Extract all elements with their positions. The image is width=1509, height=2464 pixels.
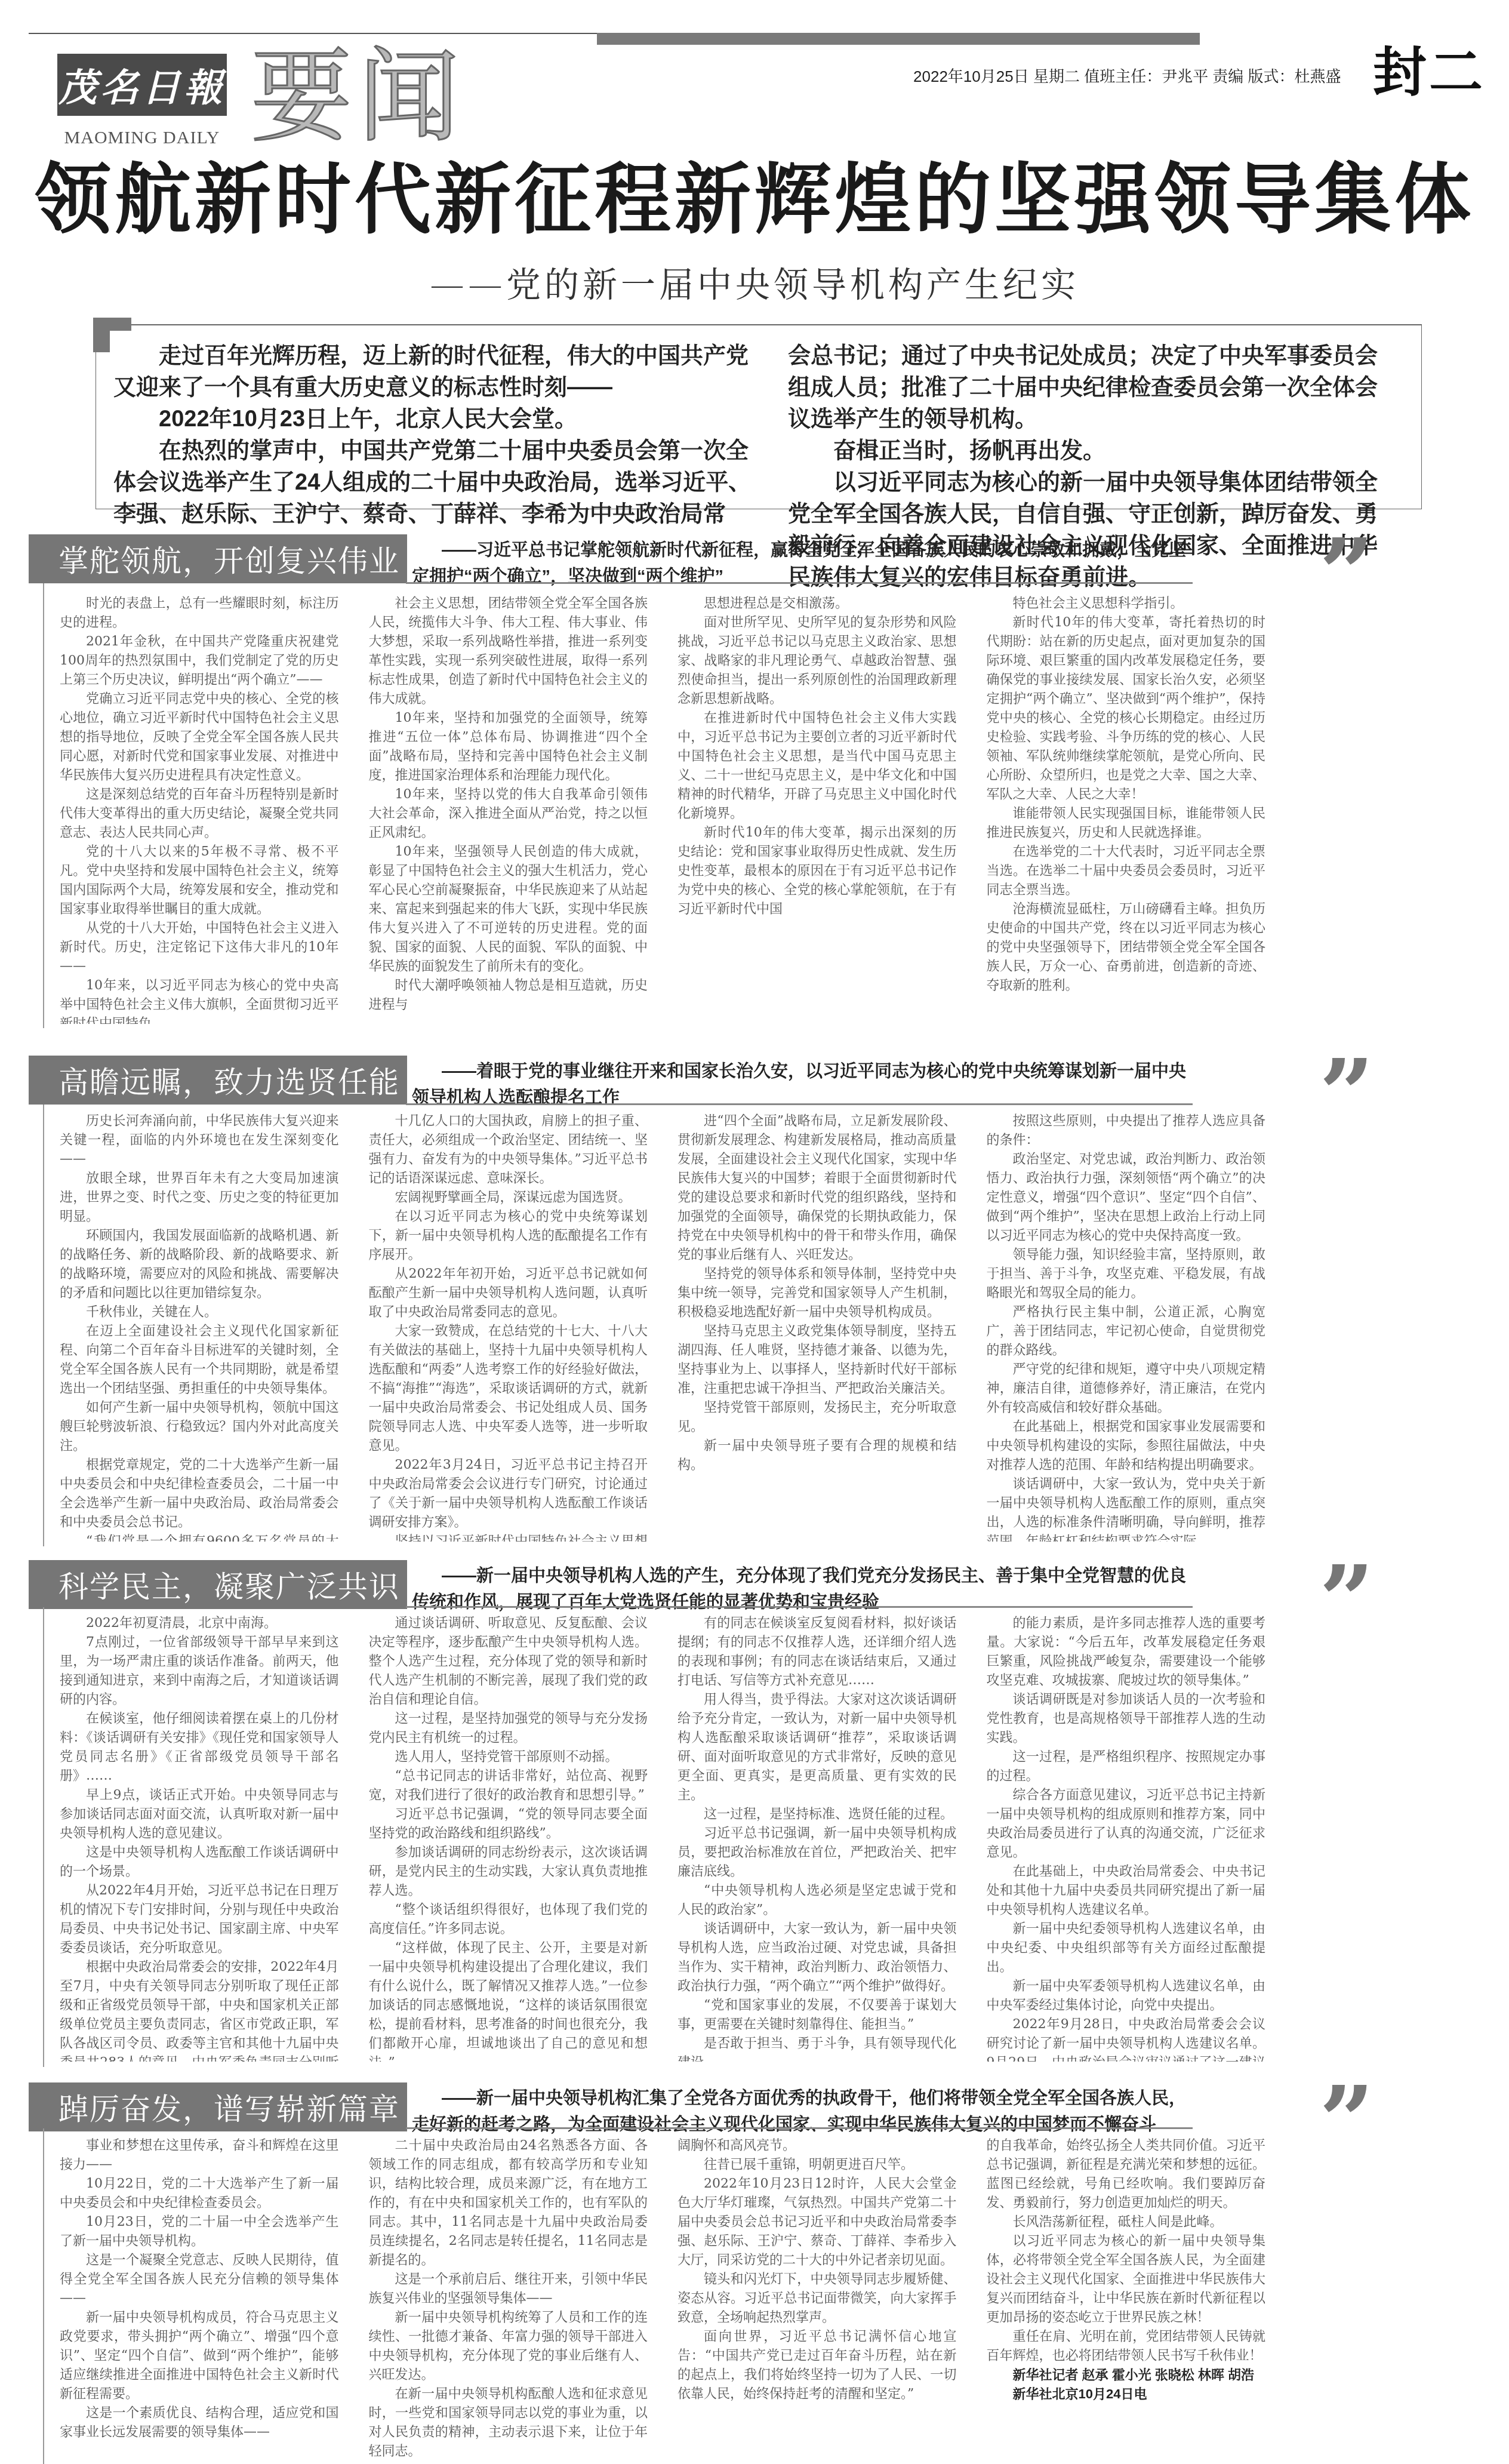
paragraph: 选人用人，坚持党管干部原则不动摇。 xyxy=(369,1748,648,1767)
paragraph: 7点刚过，一位省部级领导干部早早来到这里，为一场严肃庄重的谈话作准备。前两天，他… xyxy=(60,1633,339,1709)
paragraph: 社会主义思想，团结带领全党全军全国各族人民，统揽伟大斗争、伟大工程、伟大事业、伟… xyxy=(369,594,648,709)
paragraph: 在推进新时代中国特色社会主义伟大实践中，习近平总书记为主要创立者的习近平新时代中… xyxy=(677,709,957,823)
paragraph: 10年来，坚强领导人民创造的伟大成就，彰显了中国特色社会主义的强大生机活力，党心… xyxy=(369,842,648,976)
paragraph: 谈话调研中，大家一致认为，党中央关于新一届中央领导机构人选酝酿工作的原则，重点突… xyxy=(987,1475,1266,1542)
paragraph: 在候谈室，他仔细阅读着摆在桌上的几份材料：《谈话调研有关安排》《现任党和国家领导… xyxy=(60,1709,339,1786)
paragraph: 环顾国内，我国发展面临新的战略机遇、新的战略任务、新的战略阶段、新的战略要求、新… xyxy=(60,1226,339,1303)
paragraph: 2021年金秋，在中国共产党隆重庆祝建党100周年的热烈氛围中，我们党制定了党的… xyxy=(60,632,339,690)
column: 历史长河奔涌向前，中华民族伟大复兴迎来关键一程，面临的内外环境也在发生深刻变化—… xyxy=(60,1112,339,1542)
section-heading-1: 掌舵领航，开创复兴伟业 xyxy=(29,534,407,583)
paragraph: “党和国家事业的发展，不仅要善于谋划大事，更需要在关键时刻靠得住、能担当。” xyxy=(677,1996,957,2034)
paragraph: 长风浩荡新征程，砥柱人间是此峰。 xyxy=(987,2213,1266,2232)
paragraph: 坚持党的领导体系和领导体制，坚持党中央集中统一领导，完善党和国家领导人产生机制，… xyxy=(677,1265,957,1322)
paragraph: 10年来，坚持和加强党的全面领导，统筹推进“五位一体”总体布局、协调推进“四个全… xyxy=(369,709,648,785)
paragraph: 习近平总书记强调，“党的领导同志要全面坚持党的政治路线和组织路线”。 xyxy=(369,1805,648,1843)
paragraph: 从2022年年初开始，习近平总书记就如何酝酿产生新一届中央领导机构人选问题，认真… xyxy=(369,1265,648,1322)
paragraph: 大家一致赞成，在总结党的十七大、十八大有关做法的基础上，坚持十九届中央领导机构人… xyxy=(369,1322,648,1456)
paragraph: 在此基础上，中央政治局常委会、中央书记处和其他十九届中央委员共同研究提出了新一届… xyxy=(987,1862,1266,1919)
paragraph: 谈话调研中，大家一致认为，新一届中央领导机构人选，应当政治过硬、对党忠诚，具备担… xyxy=(677,1919,957,1996)
intro-paragraph: 会总书记；通过了中央书记处成员；决定了中央军事委员会组成人员；批准了二十届中央纪… xyxy=(788,340,1397,435)
paragraph: 用人得当，贵乎得法。大家对这次谈话调研给予充分肯定，一致认为，对新一届中央领导机… xyxy=(677,1690,957,1805)
column: 特色社会主义思想科学指引。 新时代10年的伟大变革，寄托着热切的时代期盼：站在新… xyxy=(987,594,1266,1024)
paragraph: 严格执行民主集中制，公道正派，心胸宽广，善于团结同志，牢记初心使命，自觉贯彻党的… xyxy=(987,1303,1266,1360)
issue-meta: 2022年10月25日 星期二 值班主任：尹兆平 责编 版式：杜燕盛 xyxy=(913,64,1341,87)
paragraph: 严守党的纪律和规矩，遵守中央八项规定精神，廉洁自律，道德修养好，清正廉洁，在党内… xyxy=(987,1360,1266,1417)
column: 2022年初夏清晨，北京中南海。 7点刚过，一位省部级领导干部早早来到这里，为一… xyxy=(60,1614,339,2062)
paragraph: 进“四个全面”战略布局，立足新发展阶段、贯彻新发展理念、构建新发展格局，推动高质… xyxy=(677,1112,957,1265)
column: 二十届中央政治局由24名熟悉各方面、各领域工作的同志组成，都有较高学历和专业知识… xyxy=(369,2136,648,2464)
paragraph: 特色社会主义思想科学指引。 xyxy=(987,594,1266,613)
paragraph: 通过谈话调研、听取意见、反复酝酿、会议决定等程序，逐步酝酿产生中央领导机构人选。… xyxy=(369,1614,648,1709)
section-body-2: 历史长河奔涌向前，中华民族伟大复兴迎来关键一程，面临的内外环境也在发生深刻变化—… xyxy=(60,1112,1265,1542)
byline-reporters: 新华社记者 赵承 霍小光 张晓松 林晖 胡浩 xyxy=(987,2365,1266,2385)
newspaper-logo-english: MAOMING DAILY xyxy=(57,128,227,148)
paragraph: 参加谈话调研的同志纷纷表示，这次谈话调研，是党内民主的生动实践，大家认真负责地推… xyxy=(369,1843,648,1900)
paragraph: 2022年10月23日12时许，人民大会堂金色大厅华灯璀璨，气氛热烈。中国共产党… xyxy=(677,2174,957,2270)
paragraph: 这是深刻总结党的百年奋斗历程特别是新时代伟大变革得出的重大历史结论，凝聚全党共同… xyxy=(60,785,339,842)
section-rule xyxy=(406,582,1193,584)
paragraph: 这一过程，是严格组织程序、按照规定办事的过程。 xyxy=(987,1748,1266,1786)
paragraph: “我们党是一个拥有9600多万名党员的大党，在 xyxy=(60,1532,339,1542)
paragraph: 十几亿人口的大国执政，肩膀上的担子重、责任大，必须组成一个政治坚定、团结统一、坚… xyxy=(369,1112,648,1188)
paragraph: 10年来，坚持以党的伟大自我革命引领伟大社会革命，深入推进全面从严治党，持之以恒… xyxy=(369,785,648,842)
paragraph: 10月23日，党的二十届一中全会选举产生了新一届中央领导机构。 xyxy=(60,2213,339,2251)
paragraph: 谁能带领人民实现强国目标，谁能带领人民推进民族复兴，历史和人民就选择谁。 xyxy=(987,804,1266,842)
paragraph: 沧海横流显砥柱，万山磅礴看主峰。担负历史使命的中国共产党，终在以习近平同志为核心… xyxy=(987,900,1266,995)
paragraph: 从党的十八大开始，中国特色社会主义进入新时代。历史，注定铭记下这伟大非凡的10年… xyxy=(60,919,339,976)
paragraph: 重任在肩、光明在前，党团结带领人民铸就百年辉煌，也必将团结带领人民书写千秋伟业！ xyxy=(987,2327,1266,2365)
paragraph: 面对世所罕见、史所罕见的复杂形势和风险挑战，习近平总书记以马克思主义政治家、思想… xyxy=(677,613,957,709)
section-rule xyxy=(406,1103,1193,1105)
column: 有的同志在候谈室反复阅看材料，拟好谈话提纲；有的同志不仅推荐人选，还详细介绍人选… xyxy=(677,1614,957,2062)
paragraph: 这是一个凝聚全党意志、反映人民期待，值得全党全军全国各族人民充分信赖的领导集体—… xyxy=(60,2251,339,2308)
paragraph: 有的同志在候谈室反复阅看材料，拟好谈话提纲；有的同志不仅推荐人选，还详细介绍人选… xyxy=(677,1614,957,1690)
paragraph: 的自我革命，始终弘扬全人类共同价值。习近平总书记强调，新征程是充满光荣和梦想的远… xyxy=(987,2136,1266,2213)
section-body-4: 事业和梦想在这里传承，奋斗和辉煌在这里接力—— 10月22日，党的二十大选举产生… xyxy=(60,2136,1265,2464)
paragraph: 在迈上全面建设社会主义现代化国家新征程、向第二个百年奋斗目标进军的关键时刻，全党… xyxy=(60,1322,339,1398)
paragraph: 在以习近平同志为核心的党中央统筹谋划下，新一届中央领导机构人选的酝酿提名工作有序… xyxy=(369,1207,648,1265)
paragraph: 10年来，以习近平同志为核心的党中央高举中国特色社会主义伟大旗帜，全面贯彻习近平… xyxy=(60,976,339,1024)
section-side-rule xyxy=(43,2128,44,2464)
page-label: 封二 xyxy=(1373,29,1485,106)
column: 进“四个全面”战略布局，立足新发展阶段、贯彻新发展理念、构建新发展格局，推动高质… xyxy=(677,1112,957,1542)
paragraph: 新时代10年的伟大变革，寄托着热切的时代期盼：站在新的历史起点，面对更加复杂的国… xyxy=(987,613,1266,804)
paragraph: 历史长河奔涌向前，中华民族伟大复兴迎来关键一程，面临的内外环境也在发生深刻变化—… xyxy=(60,1112,339,1169)
paragraph: 新一届中央领导机构统筹了人员和工作的连续性、一批德才兼备、年富力强的领导干部进入… xyxy=(369,2308,648,2385)
paragraph: 千秋伟业，关键在人。 xyxy=(60,1303,339,1322)
column: 思想进程总是交相激荡。 面对世所罕见、史所罕见的复杂形势和风险挑战，习近平总书记… xyxy=(677,594,957,1024)
paragraph: 事业和梦想在这里传承，奋斗和辉煌在这里接力—— xyxy=(60,2136,339,2174)
paragraph: “中央领导机构人选必须是坚定忠诚于党和人民的政治家”。 xyxy=(677,1881,957,1919)
paragraph: 新一届中央军委领导机构人选建议名单，由中央军委经过集体讨论，向党中央提出。 xyxy=(987,1977,1266,2015)
paragraph: 面向世界，习近平总书记满怀信心地宣告：“中国共产党已走过百年奋斗历程，站在新的起… xyxy=(677,2327,957,2404)
paragraph: 坚持马克思主义政党集体领导制度，坚持五湖四海、任人唯贤，坚持德才兼备、以德为先，… xyxy=(677,1322,957,1398)
paragraph: 这一过程，是坚持加强党的领导与充分发扬党内民主有机统一的过程。 xyxy=(369,1709,648,1748)
section-body-1: 时光的表盘上，总有一些耀眼时刻，标注历史的进程。 2021年金秋，在中国共产党隆… xyxy=(60,594,1265,1024)
paragraph: 政治坚定、对党忠诚，政治判断力、政治领悟力、政治执行力强，深刻领悟“两个确立”的… xyxy=(987,1150,1266,1245)
column: 的能力素质，是许多同志推荐人选的重要考量。大家说：“今后五年，改革发展稳定任务艰… xyxy=(987,1614,1266,2062)
headline-title: 领航新时代新征程新辉煌的坚强领导集体 xyxy=(0,158,1509,242)
paragraph: 新一届中央领导班子要有合理的规模和结构。 xyxy=(677,1436,957,1475)
paragraph: 是否敢于担当、勇于斗争，具有领导现代化建设 xyxy=(677,2034,957,2062)
column: 按照这些原则，中央提出了推荐人选应具备的条件： 政治坚定、对党忠诚，政治判断力、… xyxy=(987,1112,1266,1542)
column: 十几亿人口的大国执政，肩膀上的担子重、责任大，必须组成一个政治坚定、团结统一、坚… xyxy=(369,1112,648,1542)
intro-corner-decoration xyxy=(93,318,131,331)
section-side-rule xyxy=(43,1105,44,1546)
paragraph: 10月22日，党的二十大选举产生了新一届中央委员会和中央纪律检查委员会。 xyxy=(60,2174,339,2213)
section-heading-4: 踔厉奋发，谱写崭新篇章 xyxy=(29,2082,407,2131)
paragraph: 新一届中央领导机构成员，符合马克思主义政党要求，带头拥护“两个确立”、增强“四个… xyxy=(60,2308,339,2404)
paragraph: 党确立习近平同志党中央的核心、全党的核心地位，确立习近平新时代中国特色社会主义思… xyxy=(60,690,339,785)
section-heading-2: 高瞻远瞩，致力选贤任能 xyxy=(29,1056,407,1105)
quote-mark-icon: ” xyxy=(1319,1046,1374,1142)
column: 通过谈话调研、听取意见、反复酝酿、会议决定等程序，逐步酝酿产生中央领导机构人选。… xyxy=(369,1614,648,2062)
section-rule xyxy=(406,2127,1193,2129)
column: 事业和梦想在这里传承，奋斗和辉煌在这里接力—— 10月22日，党的二十大选举产生… xyxy=(60,2136,339,2464)
paragraph: 时代大潮呼唤领袖人物总是相互造就，历史进程与 xyxy=(369,976,648,1014)
paragraph: 谈话调研既是对参加谈话人员的一次考验和党性教育，也是高规格领导干部推荐人选的生动… xyxy=(987,1690,1266,1748)
paragraph: 宏阔视野擘画全局，深谋远虑为国选贤。 xyxy=(369,1188,648,1207)
paragraph: 的能力素质，是许多同志推荐人选的重要考量。大家说：“今后五年，改革发展稳定任务艰… xyxy=(987,1614,1266,1690)
paragraph: 这一过程，是坚持标准、选贤任能的过程。 xyxy=(677,1805,957,1824)
quote-mark-icon: ” xyxy=(1319,525,1374,621)
section-name: 要闻 xyxy=(251,47,466,148)
paragraph: 2022年3月24日，习近平总书记主持召开中央政治局常委会会议进行专门研究，讨论… xyxy=(369,1456,648,1532)
paragraph: 根据党章规定，党的二十大选举产生新一届中央委员会和中央纪律检查委员会，二十届一中… xyxy=(60,1456,339,1532)
quote-mark-icon: ” xyxy=(1319,2073,1374,2168)
quote-mark-icon: ” xyxy=(1319,1552,1374,1648)
headline-subtitle: ——党的新一届中央领导机构产生纪实 xyxy=(430,257,1079,307)
intro-paragraph: 2022年10月23日上午，北京人民大会堂。 xyxy=(113,404,758,435)
paragraph: 坚持党管干部原则，发扬民主，充分听取意见。 xyxy=(677,1398,957,1436)
section-body-3: 2022年初夏清晨，北京中南海。 7点刚过，一位省部级领导干部早早来到这里，为一… xyxy=(60,1614,1265,2062)
paragraph: 阔胸怀和高风亮节。 xyxy=(677,2136,957,2155)
paragraph: 从2022年4月开始，习近平总书记在日理万机的情况下专门安排时间，分别与现任中央… xyxy=(60,1881,339,1958)
paragraph: 放眼全球，世界百年未有之大变局加速演进，世界之变、时代之变、历史之变的特征更加明… xyxy=(60,1169,339,1226)
section-rule xyxy=(406,1606,1193,1608)
section-deck-4: ——新一届中央领导机构汇集了全党各方面优秀的执政骨干，他们将带领全党全军全国各族… xyxy=(412,2085,1188,2138)
paragraph: 党的十八大以来的5年极不寻常、极不平凡。党中央坚持和发展中国特色社会主义，统筹国… xyxy=(60,842,339,919)
paragraph: 这是一个素质优良、结构合理，适应党和国家事业长远发展需要的领导集体—— xyxy=(60,2404,339,2442)
paragraph: 镜头和闪光灯下，中央领导同志步履矫健、姿态从容。习近平总书记面带微笑，向大家挥手… xyxy=(677,2270,957,2327)
paragraph: 这是一个承前启后、继往开来，引领中华民族复兴伟业的坚强领导集体—— xyxy=(369,2270,648,2308)
paragraph: 早上9点，谈话正式开始。中央领导同志与参加谈话同志面对面交流，认真听取对新一届中… xyxy=(60,1786,339,1843)
paragraph: 根据中央政治局常委会的安排，2022年4月至7月，中央有关领导同志分别听取了现任… xyxy=(60,1958,339,2062)
column: 的自我革命，始终弘扬全人类共同价值。习近平总书记强调，新征程是充满光荣和梦想的远… xyxy=(987,2136,1266,2464)
paragraph: 往昔已展千重锦，明朝更进百尺竿。 xyxy=(677,2155,957,2174)
paragraph: 新一届中央纪委领导机构人选建议名单，由中央纪委、中央组织部等有关方面经过酝酿提出… xyxy=(987,1919,1266,1977)
paragraph: 以习近平同志为核心的新一届中央领导集体，必将带领全党全军全国各族人民，为全面建设… xyxy=(987,2232,1266,2327)
paragraph: 时光的表盘上，总有一些耀眼时刻，标注历史的进程。 xyxy=(60,594,339,632)
intro-paragraph: 走过百年光辉历程，迈上新的时代征程，伟大的中国共产党又迎来了一个具有重大历史意义… xyxy=(113,340,758,404)
column: 时光的表盘上，总有一些耀眼时刻，标注历史的进程。 2021年金秋，在中国共产党隆… xyxy=(60,594,339,1024)
paragraph: 2022年初夏清晨，北京中南海。 xyxy=(60,1614,339,1633)
byline-dateline: 新华社北京10月24日电 xyxy=(987,2385,1266,2404)
paragraph: 这是中央领导机构人选酝酿工作谈话调研中的一个场景。 xyxy=(60,1843,339,1881)
column: 阔胸怀和高风亮节。 往昔已展千重锦，明朝更进百尺竿。 2022年10月23日12… xyxy=(677,2136,957,2464)
section-heading-3: 科学民主，凝聚广泛共识 xyxy=(29,1560,407,1609)
paragraph: 新时代10年的伟大变革，揭示出深刻的历史结论：党和国家事业取得历史性成就、发生历… xyxy=(677,823,957,919)
paragraph: 习近平总书记强调，新一届中央领导机构成员，要把政治标准放在首位，严把政治关、把牢… xyxy=(677,1824,957,1881)
paragraph: 如何产生新一届中央领导机构，领航中国这艘巨轮劈波斩浪、行稳致远？国内外对此高度关… xyxy=(60,1398,339,1456)
paragraph: 二十届中央政治局由24名熟悉各方面、各领域工作的同志组成，都有较高学历和专业知识… xyxy=(369,2136,648,2270)
masthead-bar xyxy=(597,33,1200,45)
paragraph: “整个谈话组织得很好，也体现了我们党的高度信任。”许多同志说。 xyxy=(369,1900,648,1939)
column: 社会主义思想，团结带领全党全军全国各族人民，统揽伟大斗争、伟大工程、伟大事业、伟… xyxy=(369,594,648,1024)
paragraph: 思想进程总是交相激荡。 xyxy=(677,594,957,613)
newspaper-logo: 茂名日報 xyxy=(57,54,227,116)
paragraph: 坚持以习近平新时代中国特色社会主义思想为指导，着眼于统筹推进“五位一体”总体布局… xyxy=(369,1532,648,1542)
section-side-rule xyxy=(43,583,44,1028)
paragraph: “总书记同志的讲话非常好，站位高、视野宽，对我们进行了很好的政治教育和思想引导。… xyxy=(369,1767,648,1805)
intro-paragraph: 在热烈的掌声中，中国共产党第二十届中央委员会第一次全体会议选举产生了24人组成的… xyxy=(113,435,758,530)
paragraph: 综合各方面意见建议，习近平总书记主持新一届中央领导机构的组成原则和推荐方案，同中… xyxy=(987,1786,1266,1862)
paragraph: 在选举党的二十大代表时，习近平同志全票当选。在选举二十届中央委员会委员时，习近平… xyxy=(987,842,1266,900)
paragraph: 2022年9月28日，中央政治局常委会会议研究讨论了新一届中央领导机构人选建议名… xyxy=(987,2015,1266,2062)
paragraph: 按照这些原则，中央提出了推荐人选应具备的条件： xyxy=(987,1112,1266,1150)
intro-paragraph: 奋楫正当时，扬帆再出发。 xyxy=(788,435,1397,467)
section-side-rule xyxy=(43,1607,44,2067)
paragraph: 领导能力强，知识经验丰富，坚持原则，敢于担当、善于斗争，攻坚克难、平稳发展，有战… xyxy=(987,1245,1266,1303)
paragraph: 在此基础上，根据党和国家事业发展需要和中央领导机构建设的实际，参照往届做法，中央… xyxy=(987,1417,1266,1475)
paragraph: 在新一届中央领导机构酝酿人选和征求意见时，一些党和国家领导同志以党的事业为重，以… xyxy=(369,2385,648,2461)
paragraph: “这样做，体现了民主、公开，主要是对新一届中央领导机构建设提出了合理化建议，我们… xyxy=(369,1939,648,2062)
